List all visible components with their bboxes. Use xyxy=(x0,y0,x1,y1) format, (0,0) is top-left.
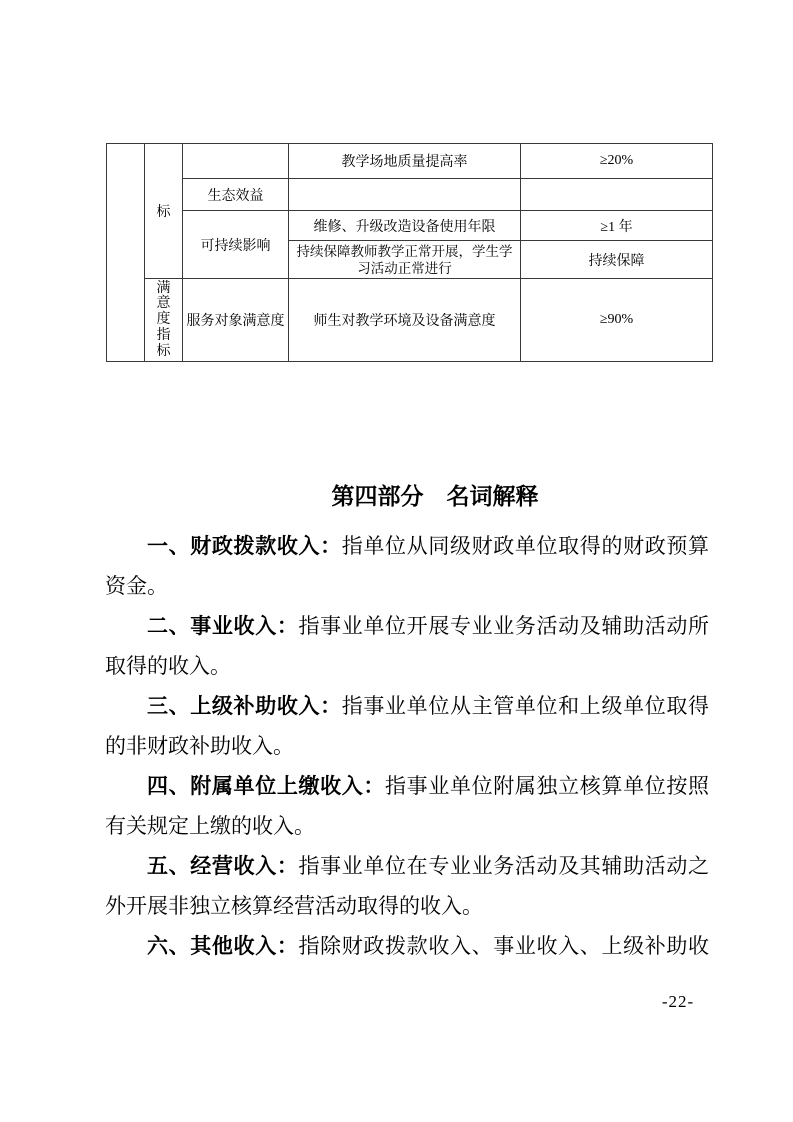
table-cell-indicator: 教学场地质量提高率 xyxy=(289,144,521,179)
definition-term: 五、经营收入： xyxy=(147,854,298,878)
table-cell-target: ≥20% xyxy=(521,144,713,179)
definition-paragraph: 四、附属单位上缴收入：指事业单位附属独立核算单位按照有关规定上缴的收入。 xyxy=(105,766,709,846)
page-number: -22- xyxy=(638,992,718,1012)
definition-paragraph: 二、事业收入：指事业单位开展专业业务活动及辅助活动所取得的收入。 xyxy=(105,606,709,686)
document-page: 标 教学场地质量提高率 ≥20% 生态效益 可持续影响 维修、升级改造设备使用年… xyxy=(0,0,793,1122)
definition-term: 六、其他收入： xyxy=(147,934,298,958)
section-title: 第四部分 名词解释 xyxy=(105,481,709,511)
vertical-group-label: 满意度指标 xyxy=(156,281,171,360)
definition-term: 一、财政拨款收入： xyxy=(147,534,342,558)
table-cell-group-label: 满意度指标 xyxy=(145,279,183,362)
table-row: 生态效益 xyxy=(107,179,713,211)
definition-paragraph: 五、经营收入：指事业单位在专业业务活动及其辅助活动之外开展非独立核算经营活动取得… xyxy=(105,846,709,926)
definition-paragraph: 六、其他收入：指除财政拨款收入、事业收入、上级补助收 xyxy=(105,926,709,966)
table-cell-indicator: 维修、升级改造设备使用年限 xyxy=(289,211,521,241)
table-cell-target: ≥90% xyxy=(521,279,713,362)
table-cell-group-label-continued: 标 xyxy=(145,144,183,279)
table-cell-left-continued xyxy=(107,144,145,362)
definition-term: 二、事业收入： xyxy=(147,614,298,638)
performance-indicator-table: 标 教学场地质量提高率 ≥20% 生态效益 可持续影响 维修、升级改造设备使用年… xyxy=(106,143,713,362)
table-cell-target: 持续保障 xyxy=(521,241,713,279)
definitions: 一、财政拨款收入：指单位从同级财政单位取得的财政预算资金。二、事业收入：指事业单… xyxy=(105,526,709,966)
table-cell-category: 可持续影响 xyxy=(183,211,289,279)
table-cell-target xyxy=(521,179,713,211)
table-cell-target: ≥1 年 xyxy=(521,211,713,241)
table-cell-indicator: 师生对教学环境及设备满意度 xyxy=(289,279,521,362)
table-cell-category xyxy=(183,144,289,179)
table-row: 可持续影响 维修、升级改造设备使用年限 ≥1 年 xyxy=(107,211,713,241)
table-cell-indicator xyxy=(289,179,521,211)
table-row: 满意度指标 服务对象满意度 师生对教学环境及设备满意度 ≥90% xyxy=(107,279,713,362)
table-cell-indicator: 持续保障教师教学正常开展，学生学习活动正常进行 xyxy=(289,241,521,279)
definition-text: 指除财政拨款收入、事业收入、上级补助收 xyxy=(298,934,709,958)
table-cell-category: 服务对象满意度 xyxy=(183,279,289,362)
definition-paragraph: 一、财政拨款收入：指单位从同级财政单位取得的财政预算资金。 xyxy=(105,526,709,606)
definition-term: 四、附属单位上缴收入： xyxy=(147,774,385,798)
definition-term: 三、上级补助收入： xyxy=(147,694,342,718)
definition-paragraph: 三、上级补助收入：指事业单位从主管单位和上级单位取得的非财政补助收入。 xyxy=(105,686,709,766)
table-row: 标 教学场地质量提高率 ≥20% xyxy=(107,144,713,179)
table-cell-category: 生态效益 xyxy=(183,179,289,211)
